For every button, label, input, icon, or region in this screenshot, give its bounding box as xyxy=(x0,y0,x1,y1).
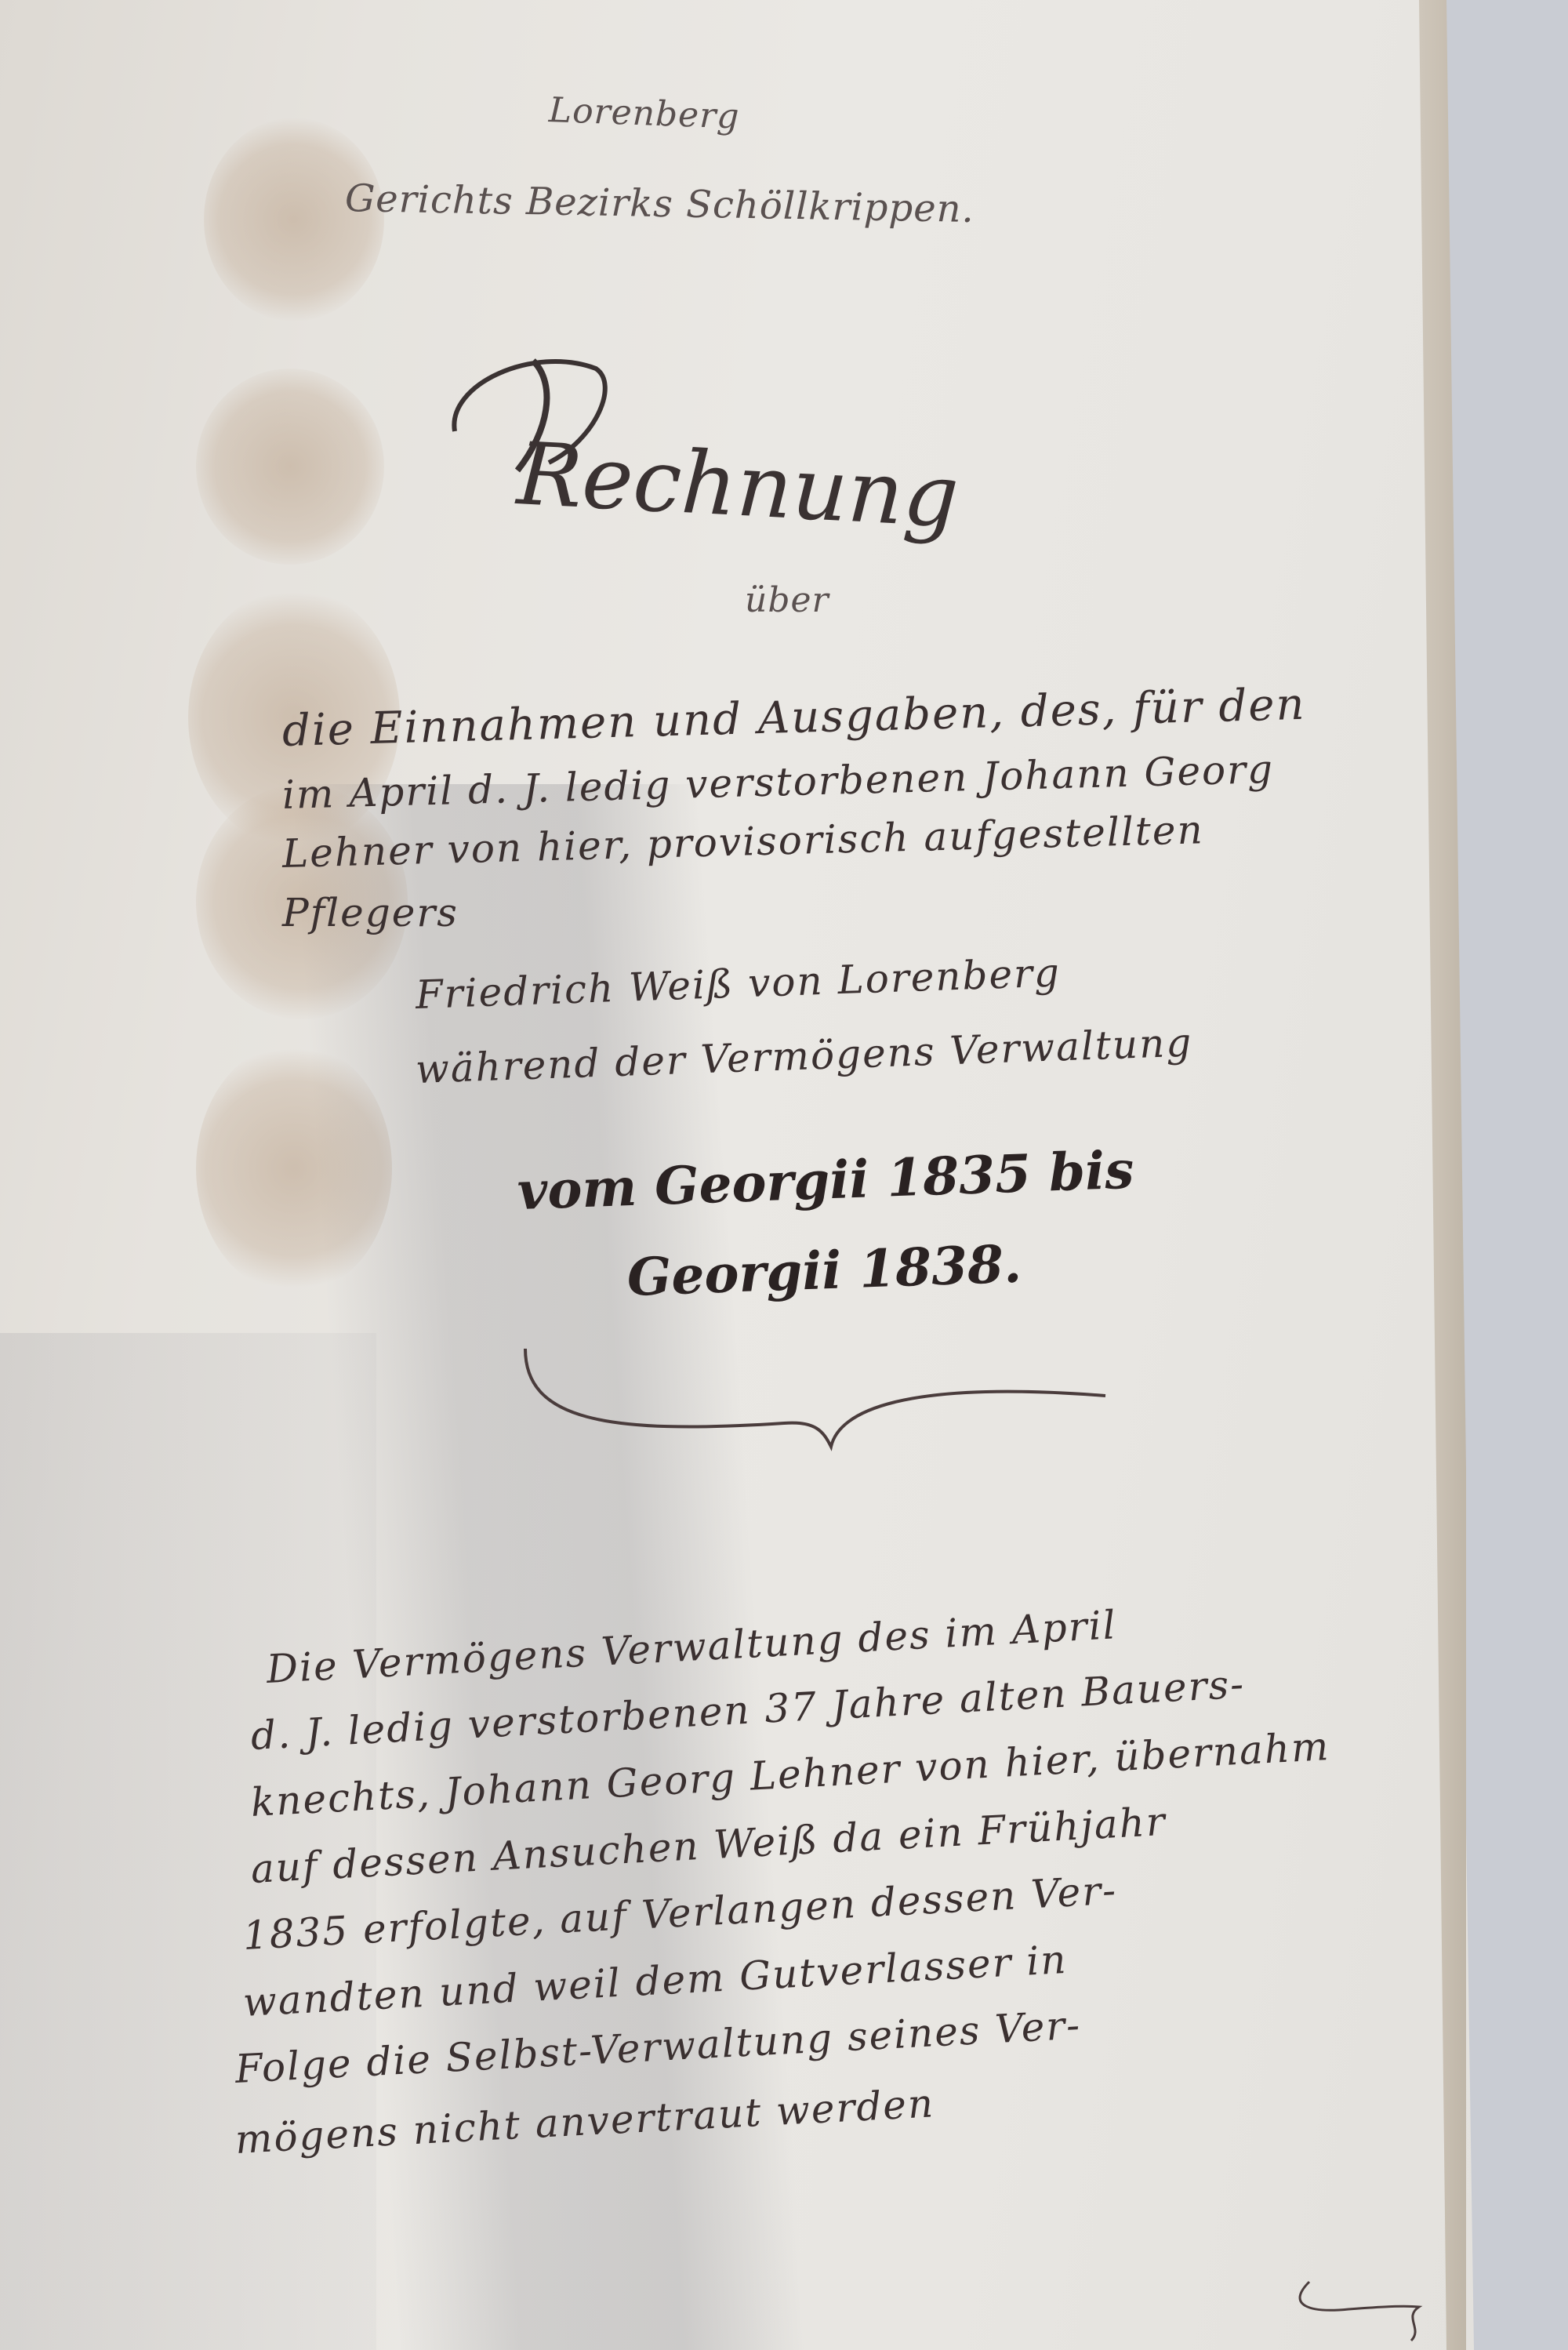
shadow xyxy=(0,1333,376,2350)
header-place: Lorenberg xyxy=(548,90,740,136)
title-over: über xyxy=(745,580,829,620)
subject-line: die Einnahmen und Ausgaben, des, für den xyxy=(281,679,1306,757)
water-stain xyxy=(196,369,384,565)
divider-flourish-icon xyxy=(510,1333,1121,1458)
period-to: Georgii 1838. xyxy=(626,1233,1023,1308)
catchword-flourish-icon xyxy=(1286,2274,1443,2345)
document-title: Rechnung xyxy=(515,423,961,547)
manuscript-page: Lorenberg Gerichts Bezirks Schöllkrippen… xyxy=(0,0,1474,2350)
header-district: Gerichts Bezirks Schöllkrippen. xyxy=(345,176,975,231)
subject-line: Pflegers xyxy=(282,890,459,935)
subject-line: im April d. J. ledig verstorbenen Johann… xyxy=(281,746,1274,818)
